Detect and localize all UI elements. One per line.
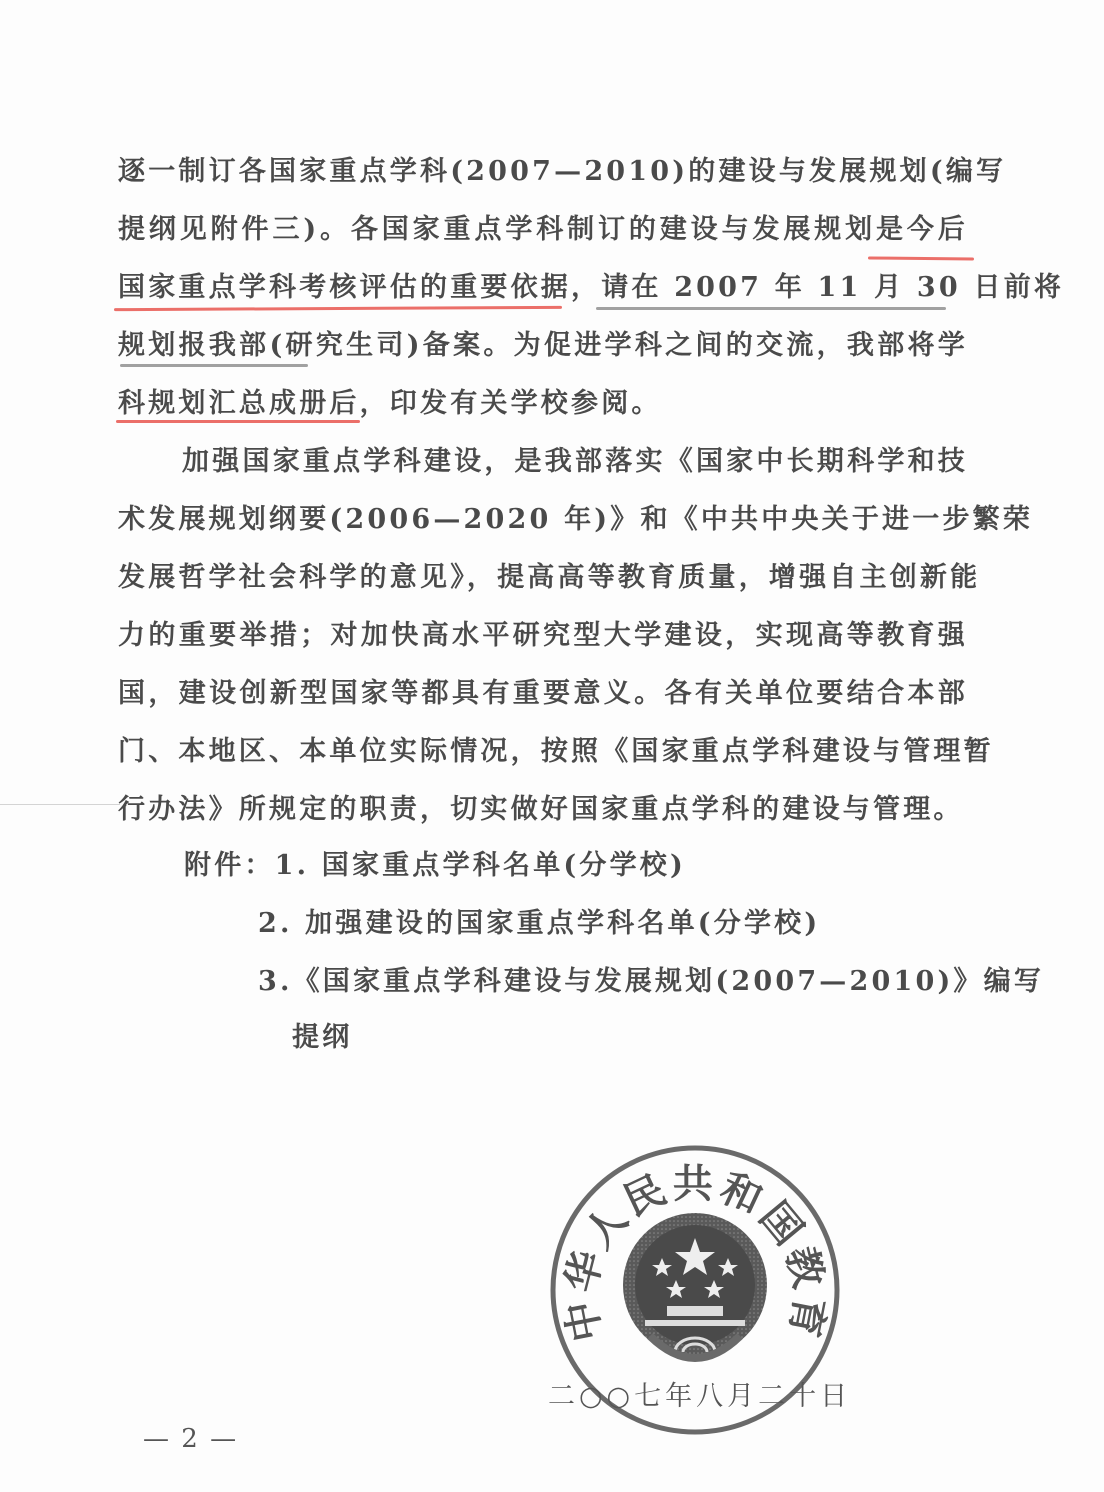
attachment-3-cont: 提纲 (292, 1018, 968, 1058)
document-page: 逐一制订各国家重点学科(2007—2010)的建设与发展规划(编写 提纲见附件三… (0, 0, 1104, 1492)
gray-underline-annotation (120, 364, 308, 367)
text-line: 门、本地区、本单位实际情况，按照《国家重点学科建设与管理暂 (118, 732, 968, 772)
attachment-1: 1. 国家重点学科名单(分学校) (275, 850, 686, 881)
text-line: 力的重要举措；对加快高水平研究型大学建设，实现高等教育强 (118, 616, 968, 656)
red-underline-annotation (868, 256, 974, 260)
attachment-2: 2. 加强建设的国家重点学科名单(分学校) (258, 904, 968, 944)
gray-underline-annotation (596, 307, 946, 310)
text-line: 国家重点学科考核评估的重要依据，请在 2007 年 11 月 30 日前将 (118, 268, 968, 308)
national-emblem-icon (623, 1213, 767, 1358)
scan-artifact (0, 804, 120, 805)
red-underline-annotation (116, 420, 360, 423)
text-line: 加强国家重点学科建设，是我部落实《国家中长期科学和技 (182, 442, 968, 482)
text-line: 科规划汇总成册后，印发有关学校参阅。 (118, 384, 968, 424)
attachment-3: 3.《国家重点学科建设与发展规划(2007—2010)》编写 (258, 962, 968, 1002)
attachment-label: 附件： (184, 850, 275, 881)
attachment-item: 附件：1. 国家重点学科名单(分学校) (184, 846, 968, 886)
text-line: 发展哲学社会科学的意见》，提高高等教育质量，增强自主创新能 (118, 558, 968, 598)
text-line: 行办法》所规定的职责，切实做好国家重点学科的建设与管理。 (118, 790, 968, 830)
text-line: 提纲见附件三)。各国家重点学科制订的建设与发展规划是今后 (118, 210, 968, 250)
text-line: 规划报我部(研究生司)备案。为促进学科之间的交流，我部将学 (118, 326, 968, 366)
text-line: 术发展规划纲要(2006—2020 年)》和《中共中央关于进一步繁荣 (118, 500, 968, 540)
document-date: 二○○七年八月二十日 (548, 1374, 851, 1413)
text-line: 逐一制订各国家重点学科(2007—2010)的建设与发展规划(编写 (118, 152, 968, 192)
text-line: 国，建设创新型国家等都具有重要意义。各有关单位要结合本部 (118, 674, 968, 714)
page-number: — 2 — (143, 1424, 238, 1454)
